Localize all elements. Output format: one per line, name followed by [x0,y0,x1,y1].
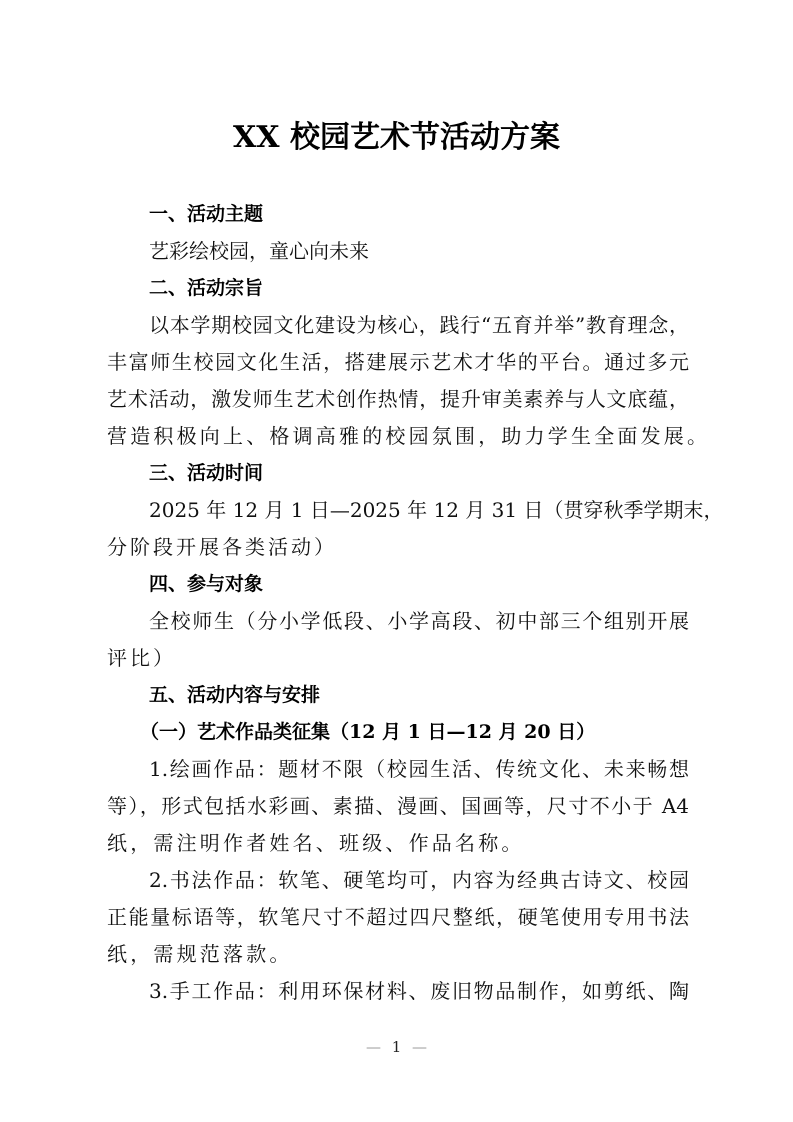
document-page: XX 校园艺术节活动方案 一、活动主题 艺彩绘校园，童心向未来 二、活动宗旨 以… [0,0,793,1122]
section-heading: 四、参与对象 [149,569,731,599]
section-heading: 三、活动时间 [149,458,731,488]
paragraph-line: 3.手工作品：利用环保材料、废旧物品制作，如剪纸、陶 [149,976,689,1006]
paragraph-line: 评比） [107,643,689,673]
paragraph-line: 纸，需规范落款。 [107,939,689,969]
page-number-footer: — 1 — [0,1038,793,1056]
paragraph-line: 2.书法作品：软笔、硬笔均可，内容为经典古诗文、校园 [149,865,689,895]
paragraph-line: 等），形式包括水彩画、素描、漫画、国画等，尺寸不小于 A4 [107,791,689,821]
paragraph-line: 1.绘画作品：题材不限（校园生活、传统文化、未来畅想 [149,754,689,784]
document-title: XX 校园艺术节活动方案 [0,112,793,156]
paragraph-line: 丰富师生校园文化生活，搭建展示艺术才华的平台。通过多元 [107,347,689,377]
section-heading: 一、活动主题 [149,199,731,229]
section-heading: 五、活动内容与安排 [149,680,731,710]
page-number: 1 [392,1038,402,1056]
paragraph-line: 2025 年 12 月 1 日—2025 年 12 月 31 日（贯穿秋季学期末… [149,495,689,525]
paragraph-line: 以本学期校园文化建设为核心，践行“五育并举”教育理念， [149,310,689,340]
page-number-dash-right: — [412,1038,427,1056]
paragraph-line: 全校师生（分小学低段、小学高段、初中部三个组别开展 [149,606,689,636]
paragraph-line: 营造积极向上、格调高雅的校园氛围，助力学生全面发展。 [107,421,689,451]
subsection-heading: （一）艺术作品类征集（12 月 1 日—12 月 20 日） [140,717,722,747]
paragraph-line: 纸，需注明作者姓名、班级、作品名称。 [107,828,689,858]
paragraph-line: 艺术活动，激发师生艺术创作热情，提升审美素养与人文底蕴， [107,384,689,414]
page-number-dash-left: — [366,1038,381,1056]
paragraph-line: 正能量标语等，软笔尺寸不超过四尺整纸，硬笔使用专用书法 [107,902,689,932]
section-heading: 二、活动宗旨 [149,273,731,303]
paragraph-line: 分阶段开展各类活动） [107,532,689,562]
paragraph-line: 艺彩绘校园，童心向未来 [149,236,689,266]
